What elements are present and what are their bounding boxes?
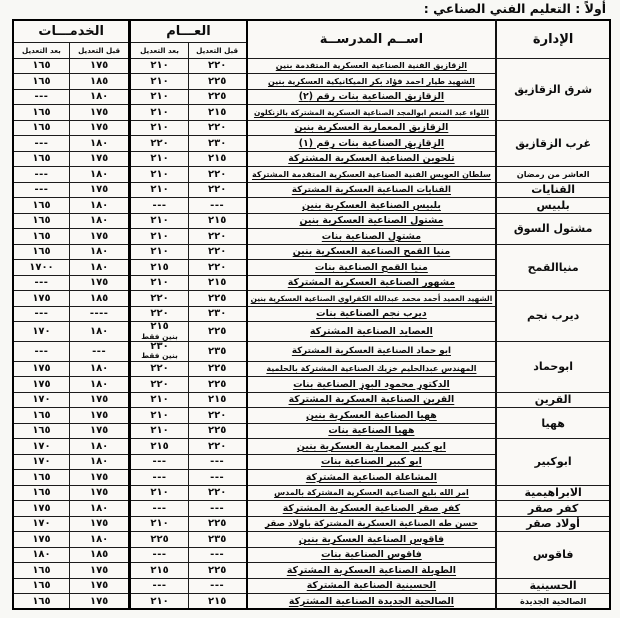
school-name-cell: الدكتور محمود البوز الصناعية بنات [247,377,497,393]
year-before-cell: ٢١٥ [188,594,246,610]
services-after-cell: ١٦٥ [13,58,69,74]
year-after-cell: ٢٢٠ [130,306,188,322]
services-after-cell: ١٦٥ [13,578,69,594]
school-name-cell: مشهور الصناعية العسكرية المشتركة [247,275,497,291]
admin-cell: كفر صقر [496,501,610,517]
table-row: ابوحمادابو حماد الصناعية العسكرية المشتر… [13,341,610,361]
services-after-cell: --- [13,341,69,361]
services-before-cell: ١٨٠ [69,213,129,229]
year-before-cell: --- [188,547,246,563]
school-name-cell: القرين الصناعية العسكرية المشتركة [247,392,497,408]
school-name-cell: الحسينية الصناعية المشتركة [247,578,497,594]
admin-cell: مشتول السوق [496,213,610,244]
year-before-cell: ٢٢٥ [188,74,246,90]
year-after-cell: --- [130,578,188,594]
services-before-cell: ١٧٥ [69,516,129,532]
services-before-cell: ١٨٠ [69,501,129,517]
year-before-cell: --- [188,501,246,517]
year-after-cell: ٢١٠ [130,408,188,424]
year-before-cell: ٢٢٠ [188,58,246,74]
services-before-cell: ١٧٥ [69,470,129,486]
services-after-cell: ١٦٥ [13,74,69,90]
table-row: شرق الزقازيقالزقازيق الفنية الصناعية الع… [13,58,610,74]
year-after-cell: ٢١٥بنين فقط [130,322,188,342]
school-name-cell: ههيا الصناعية العسكرية بنين [247,408,497,424]
services-after-cell: ١٦٥ [13,594,69,610]
year-before-cell: ٢٢٠ [188,485,246,501]
services-before-cell: ١٨٠ [69,361,129,377]
admin-cell: غرب الزقازيق [496,120,610,167]
school-name-cell: الطويلة الصناعية العسكرية المشتركة [247,563,497,579]
table-row: ديرب نجمالشهيد العميد أحمد محمد عبدالله … [13,291,610,307]
admin-cell: ابوحماد [496,341,610,392]
school-name-cell: الشهيد العميد أحمد محمد عبدالله الكفراوي… [247,291,497,307]
services-after-cell: ١٦٥ [13,408,69,424]
services-after-cell: --- [13,306,69,322]
services-before-cell: ١٧٥ [69,105,129,121]
header-year-after: بعد التعديل [130,42,188,58]
year-before-cell: ٢٢٠ [188,244,246,260]
year-before-cell: ٢١٥ [188,275,246,291]
admin-cell: الحسينية [496,578,610,594]
year-before-cell: ٢٢٥ [188,516,246,532]
services-after-cell: --- [13,167,69,183]
year-after-cell: ٢١٠ [130,229,188,245]
header-services-after: بعد التعديل [13,42,69,58]
services-before-cell: ١٧٥ [69,151,129,167]
year-after-value: ٢١٥ [131,322,187,333]
services-after-cell: ١٦٥ [13,229,69,245]
year-before-cell: ٢٢٠ [188,439,246,455]
table-row: الابراهيميةامر الله بليغ الصناعية العسكر… [13,485,610,501]
year-before-cell: ٢١٥ [188,105,246,121]
services-after-cell: --- [13,136,69,152]
services-before-cell: ١٧٥ [69,275,129,291]
services-after-cell: ١٧٠ [13,516,69,532]
year-after-cell: --- [130,547,188,563]
year-before-cell: ٢٢٥ [188,322,246,342]
services-before-cell: ١٨٠ [69,377,129,393]
school-name-cell: فاقوس الصناعية العسكرية بنين [247,532,497,548]
year-after-cell: ٢١٠ [130,167,188,183]
services-before-cell: ١٨٥ [69,291,129,307]
year-after-cell: ٢٢٥ [130,532,188,548]
year-after-cell: ٢٢٠ [130,377,188,393]
services-after-cell: ١٧٥ [13,532,69,548]
year-after-cell: ٢١٥ [130,439,188,455]
table-body: شرق الزقازيقالزقازيق الفنية الصناعية الع… [13,58,610,609]
school-name-cell: القنايات الصناعية العسكرية المشتركة [247,182,497,198]
admin-cell: القرين [496,392,610,408]
table-row: القرينالقرين الصناعية العسكرية المشتركة٢… [13,392,610,408]
services-before-cell: ١٨٠ [69,167,129,183]
year-before-cell: --- [188,578,246,594]
services-before-cell: ١٧٥ [69,392,129,408]
year-after-cell: ٢١٠ [130,392,188,408]
admin-cell: ديرب نجم [496,291,610,342]
year-before-cell: --- [188,198,246,214]
school-name-cell: ديرب نجم الصناعية بنات [247,306,497,322]
services-after-cell: ١٧٠ [13,439,69,455]
year-before-cell: ٢٢٥ [188,89,246,105]
admin-cell: شرق الزقازيق [496,58,610,120]
school-name-cell: الزقازيق الفنية الصناعية العسكرية المتقد… [247,58,497,74]
header-row-groups: الإدارة اســم المدرســة العـــام الخدمــ… [13,20,610,42]
year-after-cell: ٢١٠ [130,244,188,260]
admin-cell: العاشر من رمضان [496,167,610,183]
admin-cell: الصالحية الجديدة [496,594,610,610]
school-name-cell: ابو كبير المعمارية العسكرية بنين [247,439,497,455]
services-before-cell: ١٧٥ [69,423,129,439]
school-name-cell: ابو كبير الصناعية بنات [247,454,497,470]
services-after-cell: ١٧٠٠ [13,260,69,276]
header-services: الخدمـــات [13,20,130,42]
table-row: بلبيسبلبيس الصناعية العسكرية بنين------١… [13,198,610,214]
services-before-cell: ١٨٠ [69,89,129,105]
admin-cell: فاقوس [496,532,610,579]
school-name-cell: منيا القمح الصناعية العسكرية بنين [247,244,497,260]
admin-cell: منياالقمح [496,244,610,291]
school-name-cell: فاقوس الصناعية بنات [247,547,497,563]
school-name-cell: المشاعلة الصناعية المشتركة [247,470,497,486]
school-name-cell: الزقازيق المعمارية العسكرية بنين [247,120,497,136]
admin-cell: الابراهيمية [496,485,610,501]
services-before-cell: ١٨٠ [69,322,129,342]
year-before-cell: --- [188,470,246,486]
services-after-cell: ١٨٠ [13,547,69,563]
table-row: فاقوسفاقوس الصناعية العسكرية بنين٢٣٥٢٢٥١… [13,532,610,548]
services-before-cell: --- [69,341,129,361]
services-before-cell: ١٧٥ [69,408,129,424]
year-after-cell: ٢١٥ [130,260,188,276]
school-name-cell: تلحوين الصناعية العسكرية المشتركة [247,151,497,167]
services-before-cell: ١٨٠ [69,439,129,455]
year-before-cell: ٢٢٥ [188,423,246,439]
table-header: الإدارة اســم المدرســة العـــام الخدمــ… [13,20,610,58]
table-row: مشتول السوقمشتول الصناعية العسكرية بنين٢… [13,213,610,229]
year-after-cell: ٢١٠ [130,423,188,439]
year-before-cell: ٢٢٥ [188,377,246,393]
year-before-cell: ٢٣٥ [188,532,246,548]
table-row: الحسينيةالحسينية الصناعية المشتركة------… [13,578,610,594]
services-after-cell: ١٧٠ [13,392,69,408]
year-after-cell: --- [130,454,188,470]
table-row: منياالقمحمنيا القمح الصناعية العسكرية بن… [13,244,610,260]
year-before-cell: ٢٢٥ [188,563,246,579]
services-before-cell: ١٨٠ [69,532,129,548]
services-after-cell: ١٧٠ [13,454,69,470]
table-row: غرب الزقازيقالزقازيق المعمارية العسكرية … [13,120,610,136]
services-after-cell: --- [13,89,69,105]
header-services-before: قبل التعديل [69,42,129,58]
services-before-cell: ١٧٥ [69,120,129,136]
table-row: القناياتالقنايات الصناعية العسكرية المشت… [13,182,610,198]
services-after-cell: ١٦٥ [13,105,69,121]
services-before-cell: ١٧٥ [69,229,129,245]
year-after-cell: ٢٢٠ [130,361,188,377]
year-after-cell: --- [130,470,188,486]
year-before-cell: ٢٣٠ [188,136,246,152]
page-title: أولاً : التعليم الفني الصناعي : [424,1,606,16]
year-after-cell: ٢١٠ [130,105,188,121]
boys-only-note: بنين فقط [131,352,187,360]
school-name-cell: امر الله بليغ الصناعية العسكرية المشتركة… [247,485,497,501]
year-after-cell: --- [130,198,188,214]
services-after-cell: ١٧٥ [13,377,69,393]
school-name-cell: مشتول الصناعية بنات [247,229,497,245]
header-year-before: قبل التعديل [188,42,246,58]
boys-only-note: بنين فقط [131,333,187,341]
services-before-cell: ١٧٥ [69,182,129,198]
school-name-cell: ههيا الصناعية بنات [247,423,497,439]
school-name-cell: الزقازيق الصناعية بنات رقم (١) [247,136,497,152]
services-after-cell: ١٧٠ [13,322,69,342]
year-before-cell: --- [188,454,246,470]
services-after-cell: ١٦٥ [13,485,69,501]
school-name-cell: المهندس عبدالحليم خزيك الصناعية المشتركة… [247,361,497,377]
school-name-cell: ابو حماد الصناعية العسكرية المشتركة [247,341,497,361]
school-name-cell: سلطان العويس الفنية الصناعية العسكرية ال… [247,167,497,183]
services-after-cell: ١٦٥ [13,198,69,214]
services-after-cell: ١٧٥ [13,501,69,517]
header-year: العـــام [130,20,247,42]
year-before-cell: ٢١٥ [188,213,246,229]
year-after-cell: ٢١٠ [130,594,188,610]
year-after-cell: ٢١٠ [130,74,188,90]
services-before-cell: ---- [69,306,129,322]
year-after-cell: ٢١٠ [130,151,188,167]
year-before-cell: ٢٣٠ [188,306,246,322]
services-before-cell: ١٧٥ [69,594,129,610]
schools-fees-table: الإدارة اســم المدرســة العـــام الخدمــ… [12,19,611,610]
school-name-cell: الصالحية الجديدة الصناعية المشتركة [247,594,497,610]
table-row: ههياههيا الصناعية العسكرية بنين٢٢٠٢١٠١٧٥… [13,408,610,424]
school-name-cell: الشهيد طيار احمد فؤاد بكر الميكانيكية ال… [247,74,497,90]
school-name-cell: العصايد الصناعية المشتركة [247,322,497,342]
document-page: أولاً : التعليم الفني الصناعي : الإدارة … [0,0,620,618]
year-after-cell: ٢١٠ [130,516,188,532]
year-after-cell: ٢١٥ [130,563,188,579]
services-before-cell: ١٧٥ [69,485,129,501]
year-after-cell: ٢١٠ [130,213,188,229]
year-after-cell: ٢٢٠ [130,136,188,152]
services-before-cell: ١٧٥ [69,58,129,74]
services-before-cell: ١٨٠ [69,454,129,470]
school-name-cell: الزقازيق الصناعية بنات رقم (٢) [247,89,497,105]
services-before-cell: ١٨٥ [69,74,129,90]
admin-cell: القنايات [496,182,610,198]
year-before-cell: ٢٢٠ [188,229,246,245]
services-after-cell: --- [13,275,69,291]
admin-cell: أولاد صقر [496,516,610,532]
year-before-cell: ٢١٥ [188,392,246,408]
year-before-cell: ٢٢٠ [188,120,246,136]
services-after-cell: ١٦٥ [13,423,69,439]
table-row: العاشر من رمضانسلطان العويس الفنية الصنا… [13,167,610,183]
services-after-cell: ١٦٥ [13,470,69,486]
year-after-cell: ٢١٠ [130,58,188,74]
table-row: أولاد صقرحسن طه الصناعية العسكرية المشتر… [13,516,610,532]
services-after-cell: ١٦٥ [13,244,69,260]
table-row: كفر صقركفر صقر الصناعية العسكرية المشترك… [13,501,610,517]
year-before-cell: ٢٢٠ [188,260,246,276]
admin-cell: ابوكبير [496,439,610,486]
year-after-cell: ٢٣٠بنين فقط [130,341,188,361]
year-after-cell: ٢١٠ [130,89,188,105]
year-after-cell: --- [130,501,188,517]
year-before-cell: ٢١٥ [188,151,246,167]
admin-cell: بلبيس [496,198,610,214]
year-before-cell: ٢٢٠ [188,408,246,424]
school-name-cell: بلبيس الصناعية العسكرية بنين [247,198,497,214]
table-row: ابوكبيرابو كبير المعمارية العسكرية بنين٢… [13,439,610,455]
year-after-cell: ٢١٠ [130,120,188,136]
header-school: اســم المدرســة [247,20,497,58]
services-before-cell: ١٨٠ [69,244,129,260]
services-after-cell: ١٧٥ [13,361,69,377]
school-name-cell: حسن طه الصناعية العسكرية المشتركة باولاد… [247,516,497,532]
services-after-cell: --- [13,182,69,198]
year-after-cell: ٢١٠ [130,275,188,291]
school-name-cell: كفر صقر الصناعية العسكرية المشتركة [247,501,497,517]
table-row: الصالحية الجديدةالصالحية الجديدة الصناعي… [13,594,610,610]
year-before-cell: ٢٢٥ [188,291,246,307]
services-after-cell: ١٦٥ [13,213,69,229]
year-after-cell: ٢١٠ [130,485,188,501]
services-before-cell: ١٨٠ [69,198,129,214]
header-admin: الإدارة [496,20,610,58]
year-before-cell: ٢٢٠ [188,167,246,183]
admin-cell: ههيا [496,408,610,439]
services-after-cell: ١٦٥ [13,563,69,579]
year-before-cell: ٢٢٠ [188,182,246,198]
services-before-cell: ١٨٥ [69,547,129,563]
year-after-cell: ٢١٠ [130,182,188,198]
year-after-cell: ٢٢٠ [130,291,188,307]
services-before-cell: ١٨٠ [69,260,129,276]
services-before-cell: ١٧٥ [69,578,129,594]
year-before-cell: ٢٢٥ [188,361,246,377]
services-after-cell: ١٦٥ [13,151,69,167]
services-before-cell: ١٨٠ [69,136,129,152]
year-before-cell: ٢٣٥ [188,341,246,361]
services-after-cell: ١٦٥ [13,120,69,136]
services-after-cell: ١٧٥ [13,291,69,307]
services-before-cell: ١٧٥ [69,563,129,579]
school-name-cell: مشتول الصناعية العسكرية بنين [247,213,497,229]
school-name-cell: منيا القمح الصناعية بنات [247,260,497,276]
school-name-cell: اللواء عبد المنعم ابوالمجد الصناعية العس… [247,105,497,121]
